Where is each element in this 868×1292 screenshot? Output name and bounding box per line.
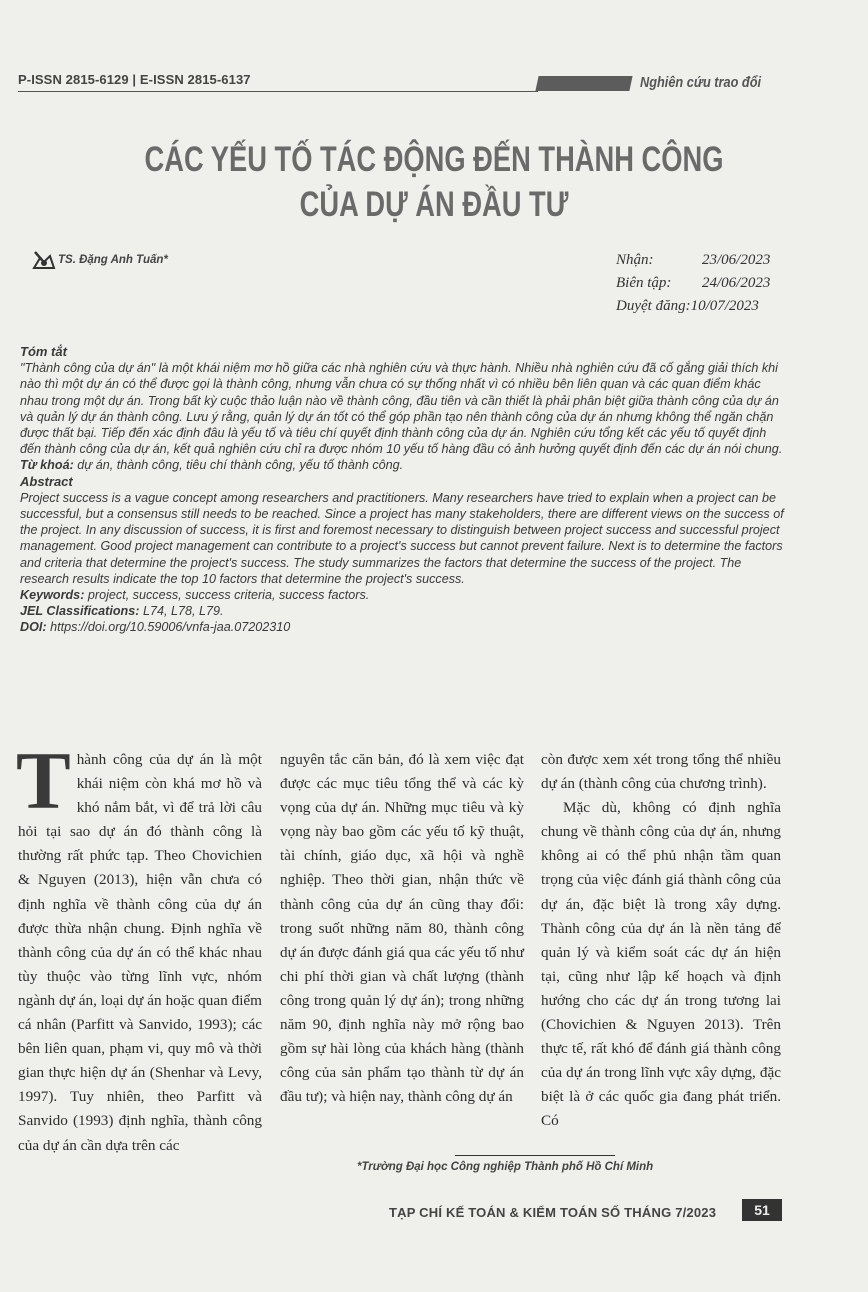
footnote-divider	[455, 1155, 615, 1156]
abstract-vi-heading: Tóm tắt	[20, 344, 790, 360]
keywords-vi-value: dự án, thành công, tiêu chí thành công, …	[74, 458, 403, 472]
jel-value: L74, L78, L79.	[139, 604, 223, 618]
date-value: 10/07/2023	[691, 295, 759, 318]
body-column-3: còn được xem xét trong tổng thể nhiều dự…	[541, 748, 781, 1134]
keywords-en-label: Keywords:	[20, 588, 84, 602]
doi-link[interactable]: https://doi.org/10.59006/vnfa-jaa.072023…	[47, 620, 291, 634]
body-paragraph: nguyên tắc căn bản, đó là xem việc đạt đ…	[280, 748, 524, 1109]
abstract-section: Tóm tắt "Thành công của dự án" là một kh…	[20, 344, 790, 636]
date-approved: Duyệt đăng: 10/07/2023	[616, 295, 770, 318]
date-received: Nhận: 23/06/2023	[616, 249, 770, 272]
keywords-en-value: project, success, success criteria, succ…	[84, 588, 369, 602]
date-value: 24/06/2023	[702, 272, 770, 295]
header-divider	[18, 91, 538, 92]
keywords-vi-label: Từ khoá:	[20, 458, 74, 472]
author-name: TS. Đặng Anh Tuấn*	[58, 254, 168, 266]
date-edited: Biên tập: 24/06/2023	[616, 272, 770, 295]
date-label: Duyệt đăng:	[616, 295, 691, 318]
title-line-1: CÁC YẾU TỐ TÁC ĐỘNG ĐẾN THÀNH CÔNG	[95, 137, 772, 182]
abstract-en-text: Project success is a vague concept among…	[20, 490, 790, 587]
dates-block: Nhận: 23/06/2023 Biên tập: 24/06/2023 Du…	[616, 249, 770, 318]
keywords-en: Keywords: project, success, success crit…	[20, 587, 790, 603]
body-paragraph: Mặc dù, không có định nghĩa chung về thà…	[541, 796, 781, 1133]
drop-cap: T	[16, 750, 71, 812]
keywords-vi: Từ khoá: dự án, thành công, tiêu chí thà…	[20, 457, 790, 473]
page-number: 51	[742, 1199, 782, 1221]
jel-label: JEL Classifications:	[20, 604, 139, 618]
journal-page: P-ISSN 2815-6129 | E-ISSN 2815-6137 Nghi…	[0, 0, 868, 1292]
date-value: 23/06/2023	[702, 249, 770, 272]
header-decorative-bar	[535, 76, 632, 91]
date-label: Biên tập:	[616, 272, 702, 295]
pen-writing-icon	[32, 250, 56, 270]
doi: DOI: https://doi.org/10.59006/vnfa-jaa.0…	[20, 619, 790, 635]
footer-journal-name: TẠP CHÍ KẾ TOÁN & KIỂM TOÁN SỐ THÁNG 7/2…	[389, 1205, 716, 1220]
body-column-2: nguyên tắc căn bản, đó là xem việc đạt đ…	[280, 748, 524, 1109]
abstract-vi-text: "Thành công của dự án" là một khái niệm …	[20, 360, 790, 457]
issn-label: P-ISSN 2815-6129 | E-ISSN 2815-6137	[18, 72, 251, 87]
article-title: CÁC YẾU TỐ TÁC ĐỘNG ĐẾN THÀNH CÔNG CỦA D…	[95, 137, 772, 227]
section-label: Nghiên cứu trao đổi	[640, 74, 761, 91]
title-line-2: CỦA DỰ ÁN ĐẦU TƯ	[95, 182, 772, 227]
author-affiliation-footnote: *Trường Đại học Công nghiệp Thành phố Hồ…	[357, 1161, 653, 1173]
body-paragraph: còn được xem xét trong tổng thể nhiều dự…	[541, 748, 781, 796]
doi-label: DOI:	[20, 620, 47, 634]
date-label: Nhận:	[616, 249, 702, 272]
author-block: TS. Đặng Anh Tuấn*	[32, 250, 168, 270]
body-column-1: T hành công của dự án là một khái niệm c…	[18, 748, 262, 1158]
abstract-en-heading: Abstract	[20, 474, 790, 490]
jel-classifications: JEL Classifications: L74, L78, L79.	[20, 603, 790, 619]
